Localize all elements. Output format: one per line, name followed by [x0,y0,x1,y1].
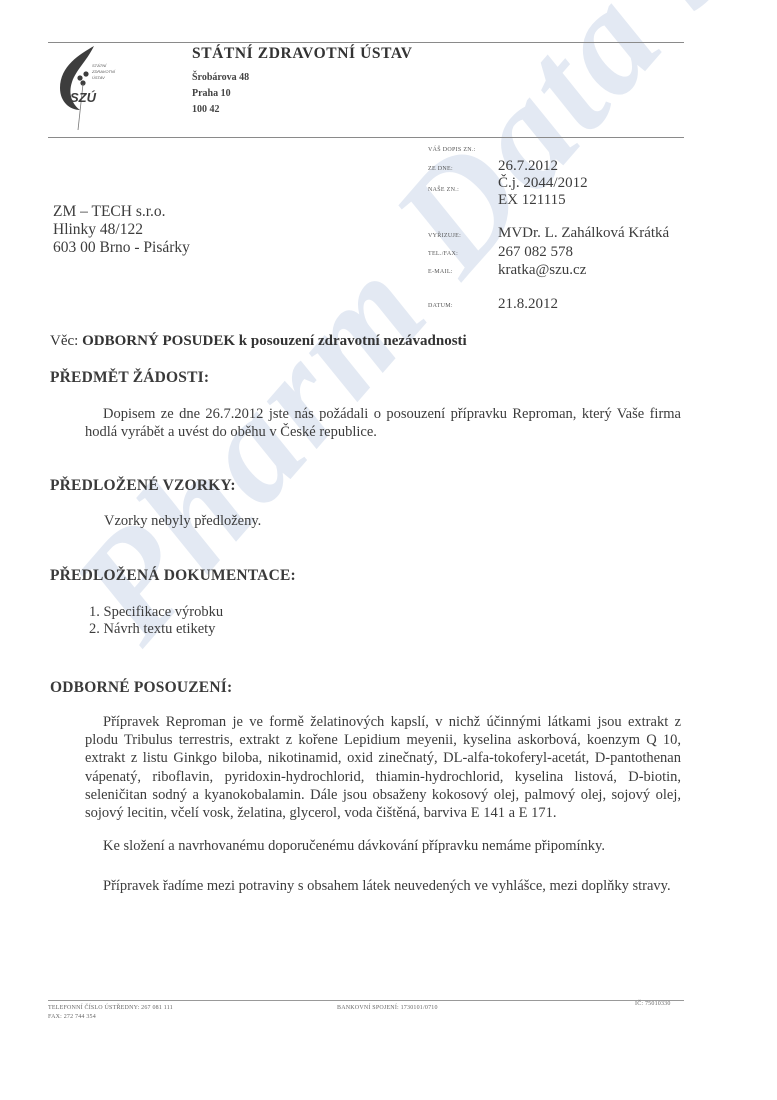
vas-dopis-label: VÁŠ DOPIS ZN.: [428,147,476,153]
org-address-street: Šrobárova 48 [192,72,249,83]
datum-label: DATUM: [428,303,453,309]
recipient-street: Hlinky 48/122 [53,221,190,239]
footer-phone: TELEFONNÍ ČÍSLO ÚSTŘEDNY: 267 081 111 [48,1005,173,1011]
subject-title: ODBORNÝ POSUDEK k posouzení zdravotní ne… [82,333,467,349]
org-name: STÁTNÍ ZDRAVOTNÍ ÚSTAV [192,45,412,63]
subject-line: Věc: ODBORNÝ POSUDEK k posouzení zdravot… [50,333,467,350]
recipient-company: ZM – TECH s.r.o. [53,203,190,221]
svg-text:ÚSTAV: ÚSTAV [92,75,105,80]
header-bottom-rule [48,137,684,138]
szu-logo-icon: SZÚ STÁTNÍ ZDRAVOTNÍ ÚSTAV [50,44,150,130]
nase-zn-value-ex: EX 121115 [498,192,566,209]
org-address-zip: 100 42 [192,104,220,115]
datum-value: 21.8.2012 [498,296,558,313]
recipient-city: 603 00 Brno - Pisárky [53,239,190,257]
request-text: Dopisem ze dne 26.7.2012 jste nás požáda… [85,405,681,441]
heading-assessment: ODBORNÉ POSOUZENÍ: [50,679,232,697]
org-address-city: Praha 10 [192,88,231,99]
email-value: kratka@szu.cz [498,262,586,279]
footer-fax: FAX: 272 744 354 [48,1014,96,1020]
footer-bank: BANKOVNÍ SPOJENÍ: 1730101/0710 [337,1005,438,1011]
email-label: E-MAIL: [428,269,453,275]
footer-ic: IČ: 75010330 [635,1001,671,1007]
heading-request: PŘEDMĚT ŽÁDOSTI: [50,369,209,387]
vyrizuje-value: MVDr. L. Zahálková Krátká [498,225,669,242]
tel-fax-value: 267 082 578 [498,244,573,261]
recipient-address: ZM – TECH s.r.o. Hlinky 48/122 603 00 Br… [53,203,190,257]
svg-text:ZDRAVOTNÍ: ZDRAVOTNÍ [91,69,116,74]
ze-dne-value: 26.7.2012 [498,158,558,175]
nase-zn-label: NAŠE ZN.: [428,187,459,193]
documents-list: 1. Specifikace výrobku 2. Návrh textu et… [89,604,223,638]
header-top-rule [48,42,684,43]
svg-text:SZÚ: SZÚ [70,90,97,105]
heading-documents: PŘEDLOŽENÁ DOKUMENTACE: [50,567,296,585]
assessment-para-2: Ke složení a navrhovanému doporučenému d… [85,837,681,855]
documents-list-item: 2. Návrh textu etikety [89,621,223,638]
vyrizuje-label: VYŘIZUJE: [428,233,461,239]
svg-text:STÁTNÍ: STÁTNÍ [92,63,107,68]
ze-dne-label: ZE DNE: [428,166,453,172]
heading-samples: PŘEDLOŽENÉ VZORKY: [50,477,236,495]
letter-page: SZÚ STÁTNÍ ZDRAVOTNÍ ÚSTAV STÁTNÍ ZDRAVO… [0,0,777,1100]
footer-rule [48,1000,684,1001]
documents-list-item: 1. Specifikace výrobku [89,604,223,621]
subject-prefix: Věc: [50,333,82,349]
assessment-para-1: Přípravek Reproman je ve formě želatinov… [85,713,681,822]
tel-fax-label: TEL./FAX: [428,251,458,257]
assessment-para-3: Přípravek řadíme mezi potraviny s obsahe… [85,877,681,895]
nase-zn-value-cj: Č.j. 2044/2012 [498,175,588,192]
samples-text: Vzorky nebyly předloženy. [104,512,700,530]
